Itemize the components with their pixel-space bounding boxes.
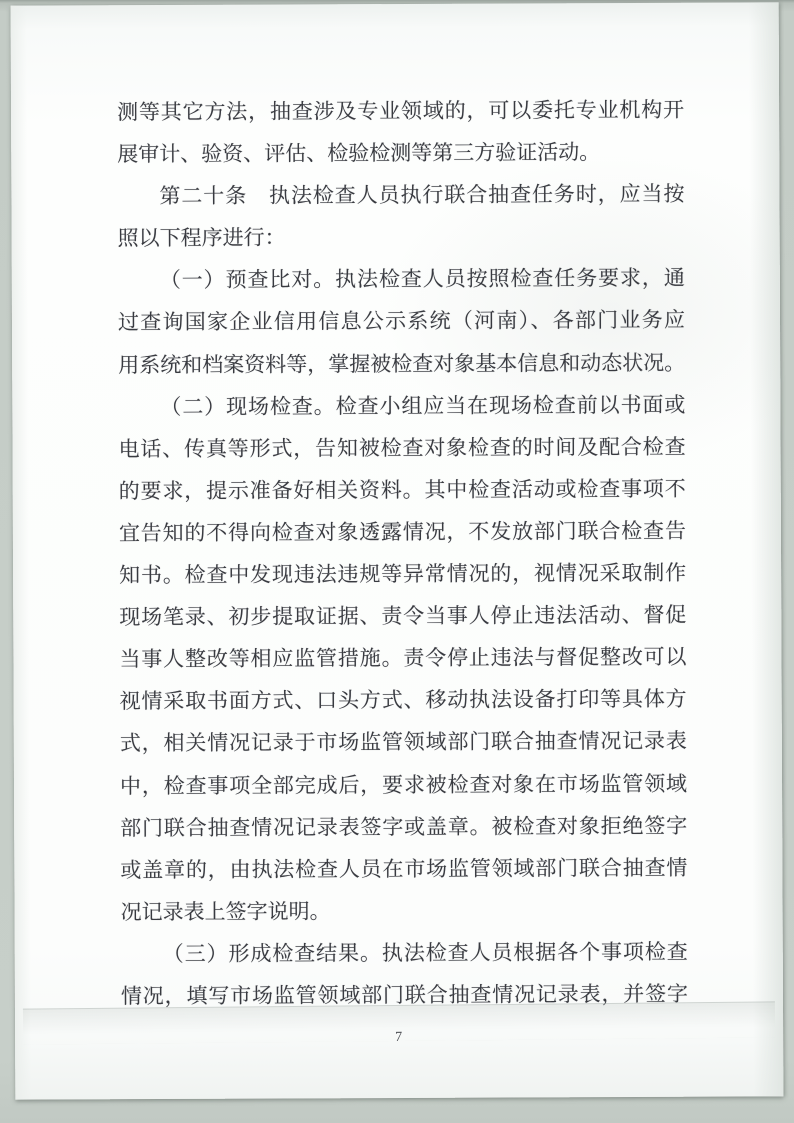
body-line: 现场笔录、初步提取证据、责令当事人停止违法活动、督促 — [119, 594, 686, 639]
body-line: 宜告知的不得向检查对象透露情况，不发放部门联合检查告 — [119, 510, 686, 555]
body-line: 的要求，提示准备好相关资料。其中检查活动或检查事项不 — [119, 468, 686, 513]
body-line: 中，检查事项全部完成后，要求被检查对象在市场监管领域 — [120, 762, 687, 807]
body-line: 展审计、验资、评估、检验检测等第三方验证活动。 — [117, 131, 684, 176]
body-line: 第二十条 执法检查人员执行联合抽查任务时，应当按 — [117, 173, 684, 218]
paper-sheet: 测等其它方法，抽查涉及专业领域的，可以委托专业机构开 展审计、验资、评估、检验检… — [11, 2, 784, 1099]
body-line: 知书。检查中发现违法违规等异常情况的，视情况采取制作 — [119, 552, 686, 597]
body-line: 部门联合抽查情况记录表签字或盖章。被检查对象拒绝签字 — [120, 804, 687, 849]
scanner-background: { "page": { "kind": "scanned-document-pa… — [0, 0, 794, 1123]
body-line: （一）预查比对。执法检查人员按照检查任务要求，通 — [118, 257, 685, 302]
body-line: 电话、传真等形式，告知被检查对象检查的时间及配合检查 — [118, 425, 685, 470]
body-line: 或盖章的，由执法检查人员在市场监管领域部门联合抽查情 — [120, 846, 687, 891]
body-line: （二）现场检查。检查小组应当在现场检查前以书面或 — [118, 383, 685, 428]
body-line: 式，相关情况记录于市场监管领域部门联合抽查情况记录表 — [120, 720, 687, 765]
body-line: 当事人整改等相应监管措施。责令停止违法与督促整改可以 — [119, 636, 686, 681]
body-line: 用系统和档案资料等，掌握被检查对象基本信息和动态状况。 — [118, 341, 685, 386]
body-line: 测等其它方法，抽查涉及专业领域的，可以委托专业机构开 — [117, 89, 684, 134]
body-line: 照以下程序进行： — [118, 215, 685, 260]
body-line: （三）形成检查结果。执法检查人员根据各个事项检查 — [121, 931, 688, 976]
body-line: 况记录表上签字说明。 — [120, 889, 687, 934]
page-number: 7 — [15, 1028, 783, 1047]
body-line: 视情采取书面方式、口头方式、移动执法设备打印等具体方 — [120, 678, 687, 723]
body-line: 过查询国家企业信用信息公示系统（河南）、各部门业务应 — [118, 299, 685, 344]
document-body: 测等其它方法，抽查涉及专业领域的，可以委托专业机构开 展审计、验资、评估、检验检… — [117, 89, 688, 1018]
